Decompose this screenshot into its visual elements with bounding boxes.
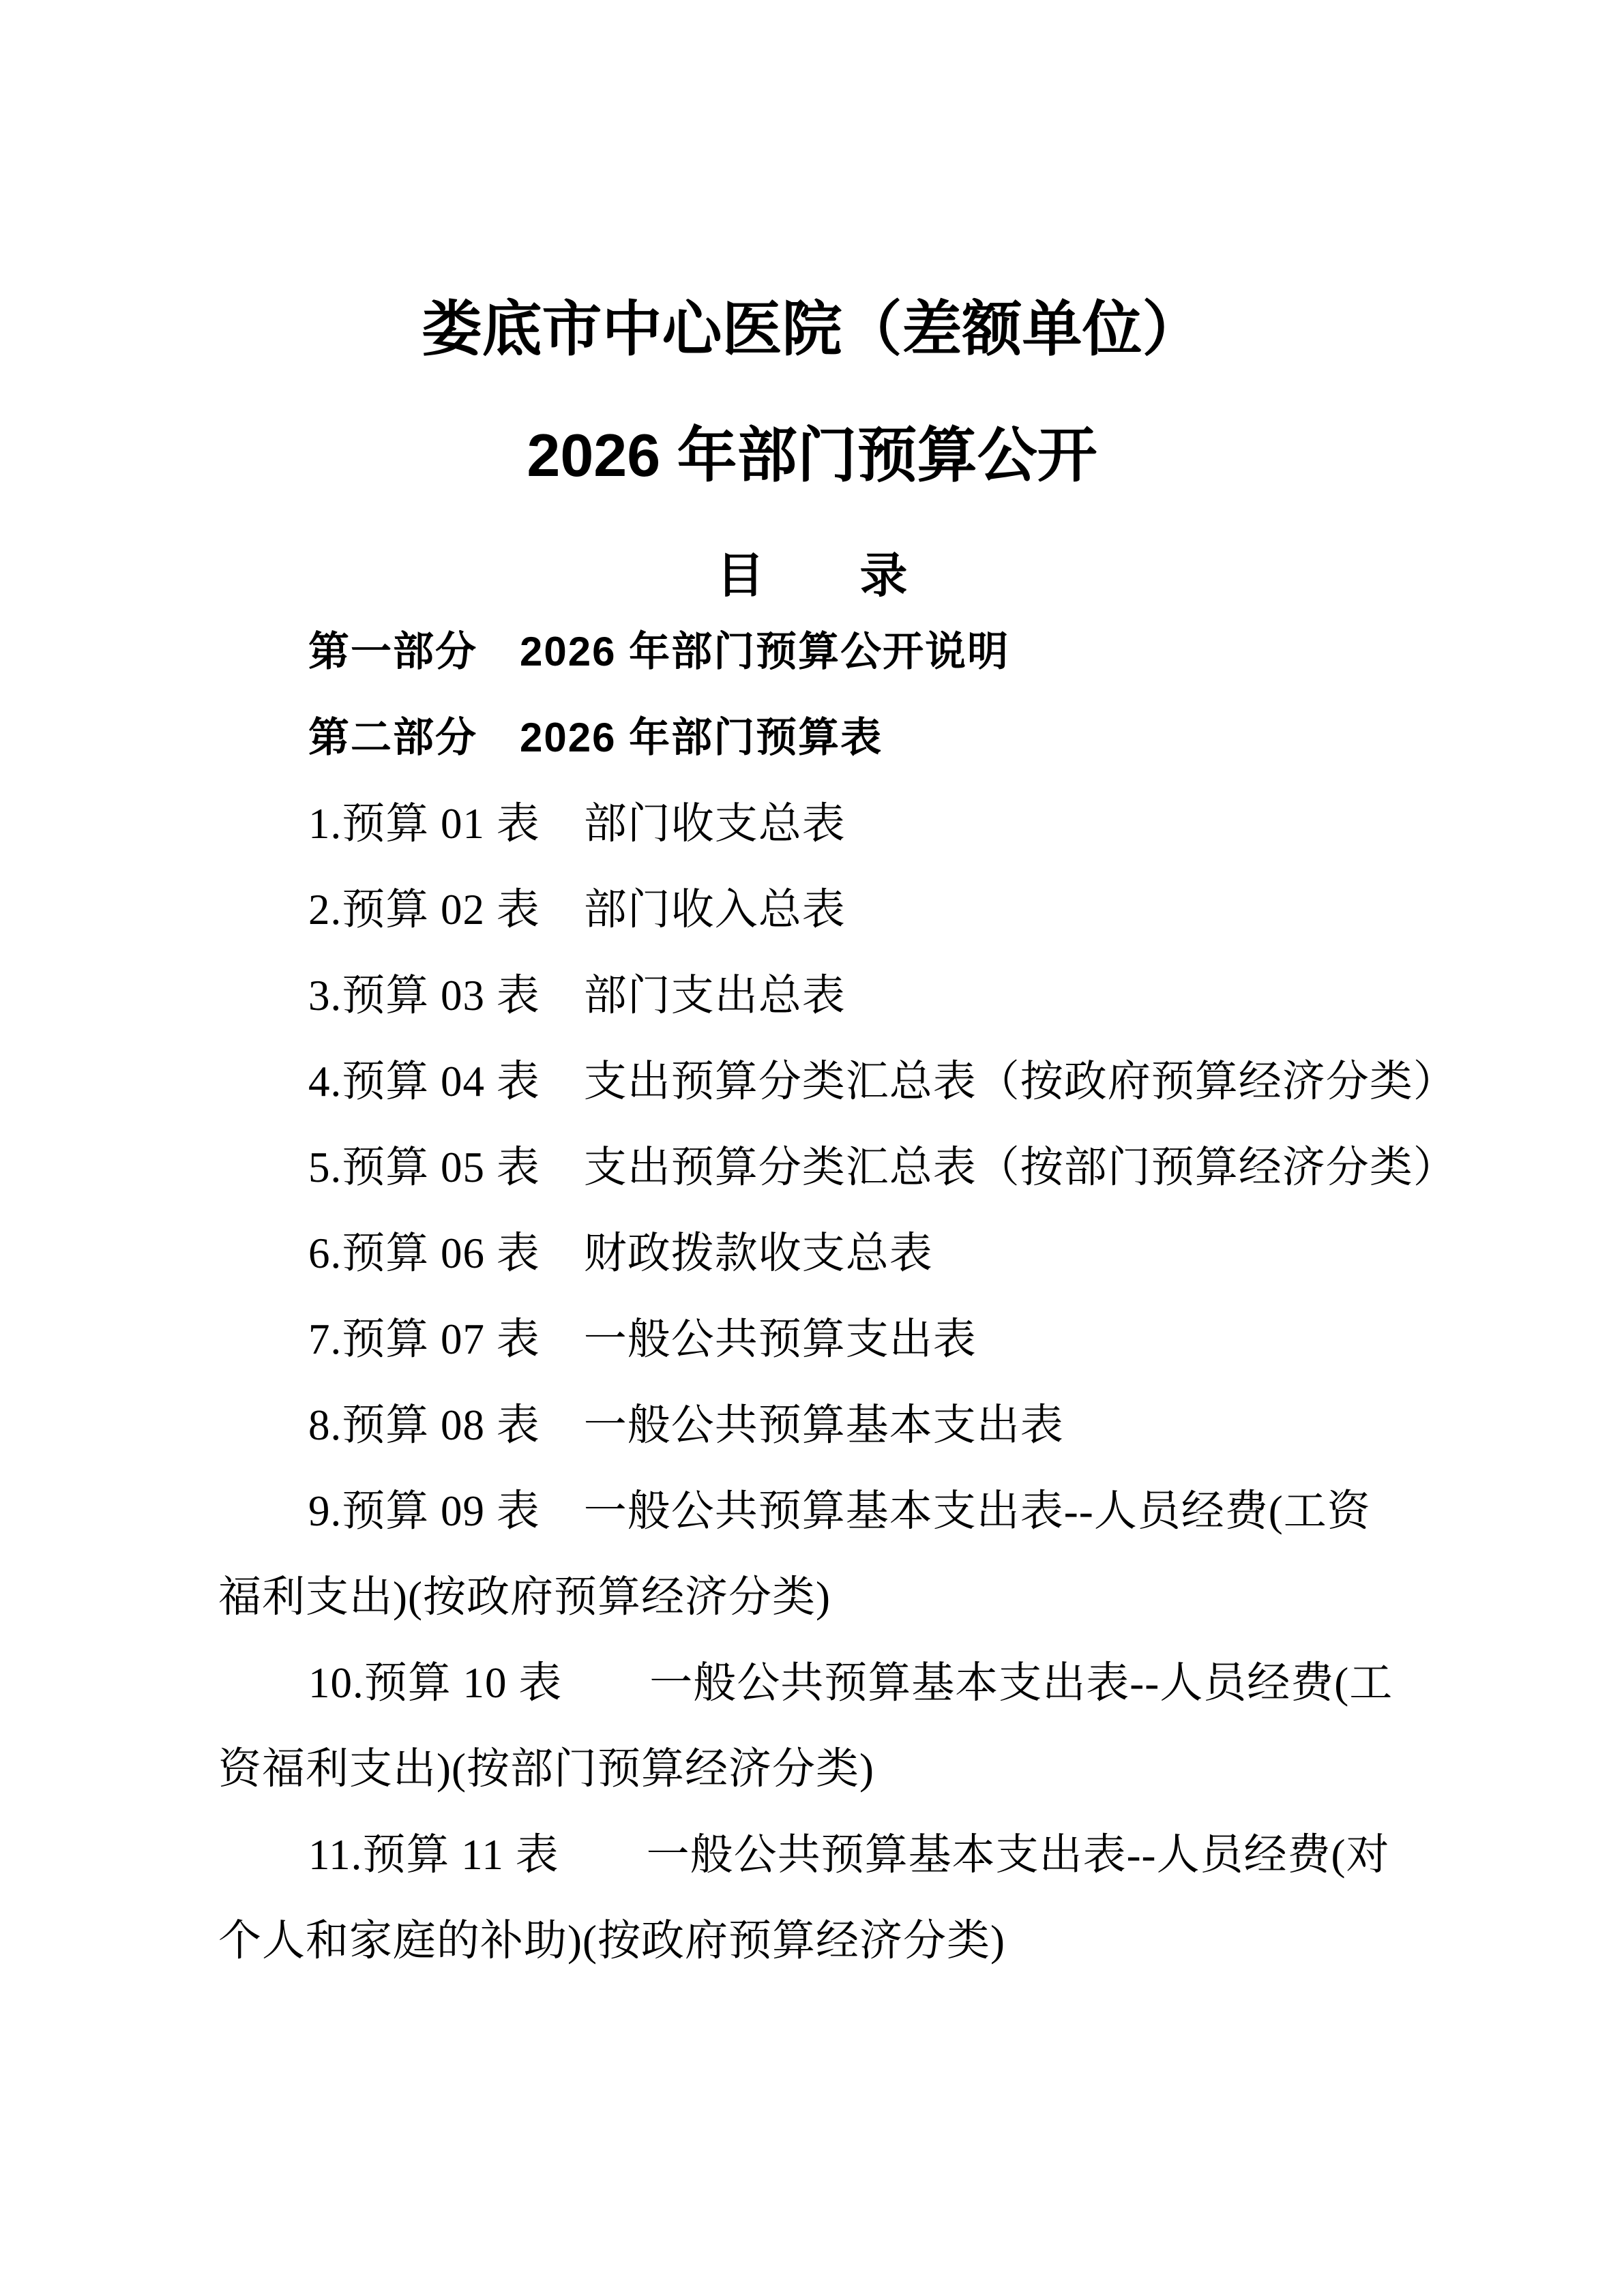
toc-item-09-line2: 福利支出)(按政府预算经济分类) xyxy=(218,1554,1406,1640)
toc-item-03: 3.预算 03 表 部门支出总表 xyxy=(218,953,1406,1039)
document-page: 娄底市中心医院（差额单位） 2026 年部门预算公开 目 录 第一部分 2026… xyxy=(0,0,1624,2296)
toc-item-02: 2.预算 02 表 部门收入总表 xyxy=(218,867,1406,953)
toc-item-10-line1: 10.预算 10 表 一般公共预算基本支出表--人员经费(工 xyxy=(218,1640,1406,1726)
toc-part1-heading: 第一部分 2026 年部门预算公开说明 xyxy=(218,609,1406,695)
toc-heading: 目 录 xyxy=(0,544,1624,607)
toc-item-08: 8.预算 08 表 一般公共预算基本支出表 xyxy=(218,1382,1406,1468)
page-subtitle: 2026 年部门预算公开 xyxy=(0,418,1624,493)
toc-item-11-line2: 个人和家庭的补助)(按政府预算经济分类) xyxy=(218,1898,1406,1984)
toc-item-01: 1.预算 01 表 部门收支总表 xyxy=(218,781,1406,867)
toc-item-05: 5.预算 05 表 支出预算分类汇总表（按部门预算经济分类） xyxy=(218,1124,1406,1210)
toc-item-10-line2: 资福利支出)(按部门预算经济分类) xyxy=(218,1726,1406,1812)
toc-item-09-line1: 9.预算 09 表 一般公共预算基本支出表--人员经费(工资 xyxy=(218,1468,1406,1554)
toc-item-04: 4.预算 04 表 支出预算分类汇总表（按政府预算经济分类） xyxy=(218,1039,1406,1124)
toc-item-07: 7.预算 07 表 一般公共预算支出表 xyxy=(218,1296,1406,1382)
toc-item-11-line1: 11.预算 11 表 一般公共预算基本支出表--人员经费(对 xyxy=(218,1812,1406,1898)
toc-part2-heading: 第二部分 2026 年部门预算表 xyxy=(218,695,1406,781)
toc-list: 第一部分 2026 年部门预算公开说明 第二部分 2026 年部门预算表 1.预… xyxy=(218,609,1406,1984)
page-title: 娄底市中心医院（差额单位） xyxy=(0,292,1624,367)
toc-item-06: 6.预算 06 表 财政拨款收支总表 xyxy=(218,1210,1406,1296)
